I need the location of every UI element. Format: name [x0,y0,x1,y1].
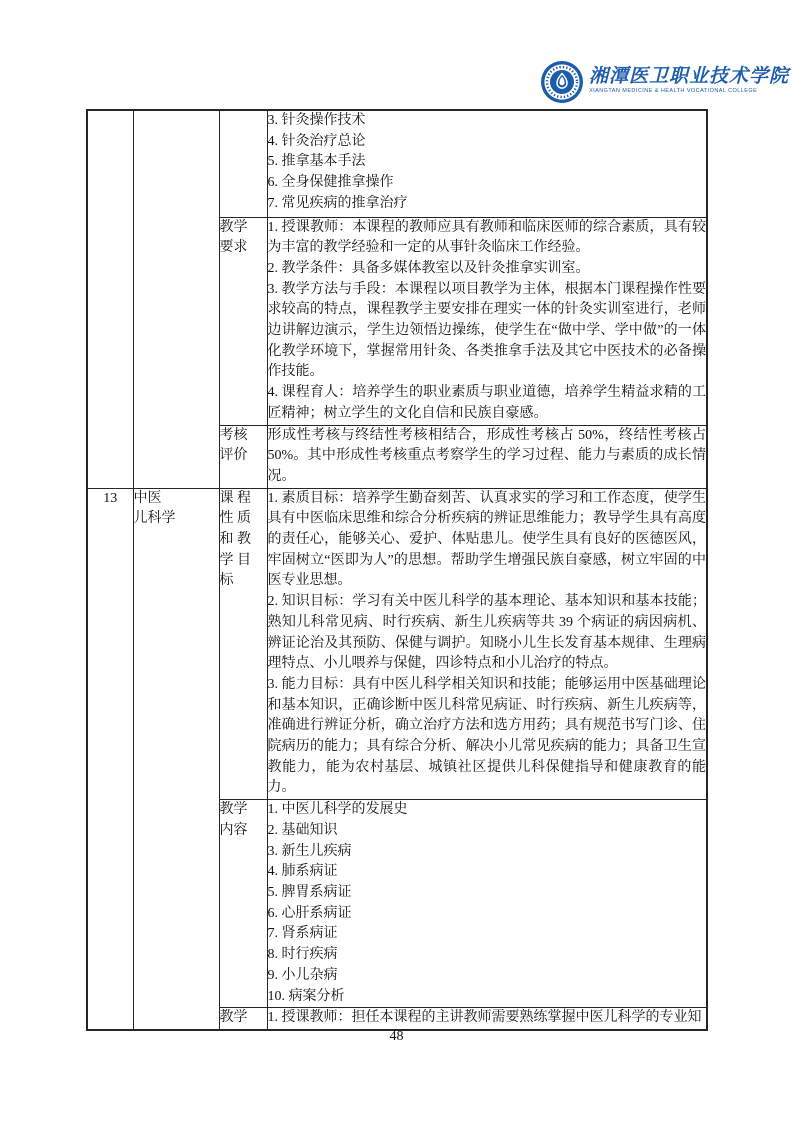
course13-nature-goals: 1. 素质目标：培养学生勤奋刻苦、认真求实的学习和工作态度，使学生具有中医临床思… [267,488,707,800]
college-name-block: 湘潭医卫职业技术学院 XIANGTAN MEDICINE & HEALTH VO… [589,60,789,95]
college-name: 湘潭医卫职业技术学院 [589,66,789,88]
course12-teaching-content: 3. 针灸操作技术 4. 针灸治疗总论 5. 推拿基本手法 6. 全身保健推拿操… [267,110,707,217]
course12-name-cell [133,110,219,488]
course13-teaching-requirements-partial: 1. 授课教师：担任本课程的主讲教师需要熟练掌握中医儿科学的专业知 [267,1008,707,1030]
course12-assessment: 形成性考核与终结性考核相结合，形成性考核占 50%，终结性考核占 50%。其中形… [267,425,707,488]
course13-name-cell: 中医 儿科学 [133,488,219,1030]
page-number: 48 [0,1029,793,1045]
college-emblem-icon [540,60,584,104]
course-table: 3. 针灸操作技术 4. 针灸治疗总论 5. 推拿基本手法 6. 全身保健推拿操… [86,109,708,1031]
course13-number-cell: 13 [87,488,133,1030]
header-logo: 湘潭医卫职业技术学院 XIANGTAN MEDICINE & HEALTH VO… [540,60,789,104]
course12-content-label [219,110,267,217]
course12-assessment-label: 考核 评价 [219,425,267,488]
course13-teaching-content: 1. 中医儿科学的发展史 2. 基础知识 3. 新生儿疾病 4. 肺系病证 5.… [267,800,707,1008]
course12-requirements-label: 教学 要求 [219,217,267,425]
course12-number-cell [87,110,133,488]
table-row: 3. 针灸操作技术 4. 针灸治疗总论 5. 推拿基本手法 6. 全身保健推拿操… [87,110,707,217]
course12-teaching-requirements: 1. 授课教师：本课程的教师应具有教师和临床医师的综合素质，具有较为丰富的教学经… [267,217,707,425]
course13-content-label: 教学 内容 [219,800,267,1008]
college-name-english: XIANGTAN MEDICINE & HEALTH VOCATIONAL CO… [589,88,789,95]
table-row: 13 中医 儿科学 课 程 性 质 和 教 学 目 标 1. 素质目标：培养学生… [87,488,707,800]
course13-requirements-label: 教学 [219,1008,267,1030]
course13-nature-label: 课 程 性 质 和 教 学 目 标 [219,488,267,800]
